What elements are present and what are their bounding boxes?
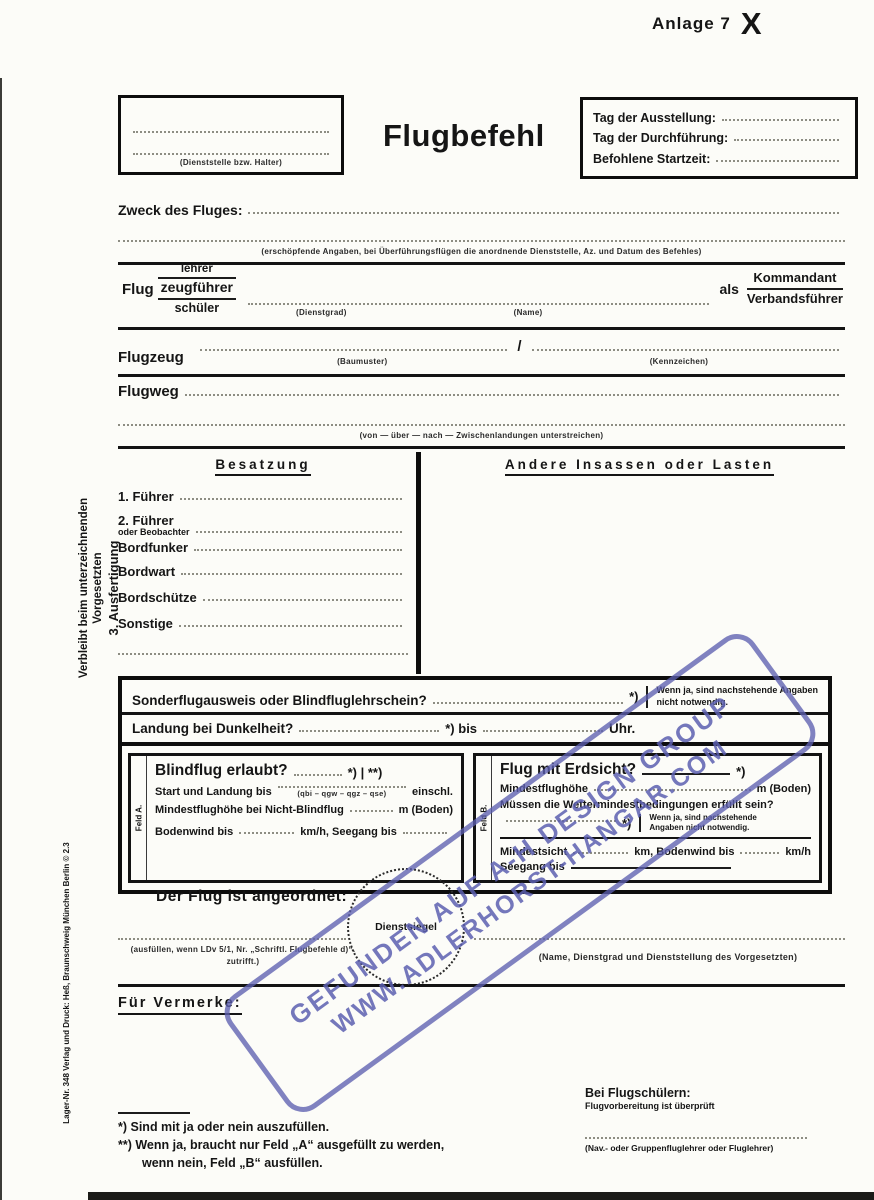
mindestsicht-field	[573, 852, 628, 854]
feld-b-side-label-strip: Feld B.	[476, 756, 492, 880]
issuer-line-2	[133, 153, 329, 155]
note-divider	[639, 814, 641, 832]
scan-edge-left	[0, 78, 2, 1200]
pilot-prefix: Flug	[122, 281, 154, 298]
form-title: Flugbefehl	[383, 118, 545, 154]
date-row-issue: Tag der Ausstellung:	[593, 111, 845, 125]
feld-b-label: Feld B.	[479, 805, 488, 832]
aircraft-registration-field	[532, 349, 840, 351]
seegang-b-label: Seegang bis	[500, 861, 565, 873]
crew-label: Bordschütze	[118, 590, 197, 605]
route-section: Flugweg (von — über — nach — Zwischenlan…	[118, 383, 845, 449]
night-landing-field	[299, 730, 439, 732]
crew-row-fuehrer2: 2. Führer oder Beobachter	[118, 513, 408, 537]
crew-field	[203, 599, 402, 601]
copy-mark-x: X	[741, 8, 762, 39]
mindestflughoehe-b-field	[594, 789, 751, 791]
footnote-rule	[118, 1112, 190, 1114]
pilot-section: Flug lehrer zeugführer schüler (Dienstgr…	[118, 262, 845, 330]
wetter-question-text: Müssen die Wettermindestbedingungen erfü…	[500, 799, 774, 811]
night-landing-label: Landung bei Dunkelheit?	[132, 721, 293, 736]
wetter-star: *)	[622, 816, 631, 831]
caption-line2: zutrifft.)	[118, 956, 368, 968]
crew-label: Sonstige	[118, 616, 173, 631]
crew-sublabel: oder Beobachter	[118, 527, 190, 537]
order-caption-left: (ausfüllen, wenn LDv 5/1, Nr. „Schriftl.…	[118, 944, 368, 968]
crew-section: Besatzung 1. Führer 2. Führer oder Beoba…	[118, 450, 845, 674]
pilot-role-options: lehrer zeugführer schüler	[158, 262, 236, 317]
option-zeugfuehrer: zeugführer	[158, 279, 236, 300]
star-bis-label: *) bis	[445, 721, 477, 736]
aircraft-registration-caption: (Kennzeichen)	[650, 357, 709, 366]
option-schueler: schüler	[158, 300, 236, 317]
route-field-line2	[118, 424, 845, 426]
order-label: Der Flug ist angeordnet:	[156, 888, 347, 906]
feld-a-box: Feld A. Blindflug erlaubt? *) | **) Star…	[128, 753, 464, 883]
aircraft-slash: /	[517, 338, 521, 355]
route-label: Flugweg	[118, 383, 179, 400]
issuer-box: (Dienststelle bzw. Halter)	[118, 95, 344, 175]
issuer-caption: (Dienststelle bzw. Halter)	[133, 158, 329, 167]
footnote-star: *)	[629, 689, 638, 704]
crew-field	[180, 498, 402, 500]
aircraft-type-field	[200, 349, 508, 351]
seegang-label: km/h, Seegang bis	[300, 826, 397, 838]
mindestflughoehe-label: Mindestflughöhe bei Nicht-Blindflug	[155, 804, 344, 816]
crew-field	[179, 625, 402, 627]
section-rule	[118, 984, 845, 987]
crew-row-fuehrer1: 1. Führer	[118, 489, 408, 504]
crew-label: 2. Führer	[118, 513, 174, 528]
pilot-name-field	[248, 303, 709, 305]
aircraft-label: Flugzeug	[118, 349, 184, 366]
annex-label: Anlage 7 X	[652, 8, 762, 39]
crew-label: Bordwart	[118, 564, 175, 579]
footnote-2a: **) Wenn ja, braucht nur Feld „A“ ausgef…	[118, 1136, 518, 1154]
seegang-field	[403, 832, 447, 834]
copy-number-note: 3. Ausfertigung	[106, 463, 122, 713]
command-role-options: Kommandant Verbandsführer	[747, 270, 843, 308]
special-permit-note: Wenn ja, sind nachstehende Angaben nicht…	[656, 685, 818, 708]
crew-field	[181, 573, 402, 575]
section-rule	[118, 446, 845, 449]
special-permit-field	[433, 702, 623, 704]
signature-line-left	[118, 938, 346, 940]
footnotes: *) Sind mit ja oder nein auszufüllen. **…	[118, 1112, 518, 1172]
date-execution-label: Tag der Durchführung:	[593, 131, 728, 145]
aircraft-section: Flugzeug / (Baumuster) (Kennzeichen)	[118, 338, 845, 377]
date-issue-label: Tag der Ausstellung:	[593, 111, 716, 125]
crew-row-bordwart: Bordwart	[118, 564, 408, 579]
date-row-execution: Tag der Durchführung:	[593, 131, 845, 145]
blindflug-stars: *) | **)	[348, 765, 383, 780]
date-execution-field	[734, 139, 839, 141]
crew-header: Besatzung	[215, 457, 310, 476]
student-check-line: Flugvorbereitung ist überprüft	[585, 1101, 807, 1111]
special-permit-row: Sonderflugausweis oder Blindfluglehrsche…	[122, 680, 828, 715]
note-line2: nicht notwendig.	[656, 697, 818, 709]
note-line1: Wenn ja, sind nachstehende Angaben	[656, 685, 818, 697]
night-landing-row: Landung bei Dunkelheit? *) bis Uhr.	[122, 715, 828, 746]
crew-extra-field	[118, 653, 408, 655]
note-line2: Angaben nicht notwendig.	[649, 823, 756, 833]
feld-a-side-label-strip: Feld A.	[131, 756, 147, 880]
date-row-start: Befohlene Startzeit:	[593, 152, 845, 166]
feld-a-label: Feld A.	[134, 805, 143, 831]
blindflug-question: Blindflug erlaubt?	[155, 762, 288, 780]
aircraft-type-caption: (Baumuster)	[337, 357, 387, 366]
option-lehrer: lehrer	[158, 262, 236, 279]
wetter-field	[506, 820, 616, 822]
remarks-header: Für Vermerke:	[118, 995, 242, 1015]
date-issue-field	[722, 119, 839, 121]
uhr-label: Uhr.	[609, 721, 635, 736]
boden-unit-label: m (Boden)	[399, 804, 453, 816]
footnote-2b: wenn nein, Feld „B“ ausfüllen.	[118, 1154, 518, 1172]
column-divider	[416, 452, 421, 674]
student-title: Bei Flugschülern:	[585, 1086, 807, 1100]
feld-b-box: Feld B. Flug mit Erdsicht? *) Mindestflu…	[473, 753, 822, 883]
purpose-caption: (erschöpfende Angaben, bei Überführungsf…	[118, 247, 845, 256]
seegang-b-field	[571, 867, 731, 869]
footnote-1: *) Sind mit ja oder nein auszufüllen.	[118, 1118, 518, 1136]
option-kommandant: Kommandant	[747, 270, 843, 290]
route-caption: (von — über — nach — Zwischenlandungen u…	[118, 431, 845, 440]
night-landing-time-field	[483, 730, 603, 732]
mindestflughoehe-b-label: Mindestflughöhe	[500, 783, 588, 795]
crew-label: 1. Führer	[118, 489, 174, 504]
margin-copy-note: Verbleibt beim unterzeichnenden Vorgeset…	[78, 463, 112, 713]
wetter-question: Müssen die Wettermindestbedingungen erfü…	[500, 799, 811, 811]
student-signature-field	[585, 1137, 807, 1139]
start-time-label: Befohlene Startzeit:	[593, 152, 710, 166]
boden-unit-b-label: m (Boden)	[757, 783, 811, 795]
erdsicht-star: *)	[736, 764, 745, 779]
name-caption: (Name)	[347, 308, 710, 317]
mindestsicht-label: Mindestsicht	[500, 846, 567, 858]
crew-row-bordschuetze: Bordschütze	[118, 590, 408, 605]
purpose-field-line1	[248, 212, 839, 214]
student-block: Bei Flugschülern: Flugvorbereitung ist ü…	[585, 1086, 807, 1153]
qcode-caption: (qbi – qgw – qgz – qse)	[278, 789, 406, 798]
section-rule	[118, 327, 845, 330]
als-label: als	[719, 281, 738, 297]
scan-edge-bottom	[88, 1192, 874, 1200]
crew-field	[196, 531, 402, 533]
crew-field	[194, 549, 402, 551]
order-caption-right: (Name, Dienstgrad und Dienststellung des…	[498, 952, 838, 962]
special-permit-label: Sonderflugausweis oder Blindfluglehrsche…	[132, 693, 427, 708]
einschl-label: einschl.	[412, 786, 453, 798]
issuer-line-1	[133, 131, 329, 133]
blindflug-field	[294, 774, 342, 776]
printer-imprint: Lager-Nr. 348 Verlag und Druck: Heß, Bra…	[62, 798, 74, 1168]
section-rule	[118, 374, 845, 377]
purpose-section: Zweck des Fluges: (erschöpfende Angaben,…	[118, 202, 845, 265]
student-caption: (Nav.- oder Gruppenfluglehrer oder Flugl…	[585, 1143, 807, 1153]
crew-label: Bordfunker	[118, 540, 188, 555]
order-section: Der Flug ist angeordnet: Dienstsiegel (a…	[118, 878, 845, 990]
start-time-field	[716, 160, 839, 162]
bodenwind-b-label: km, Bodenwind bis	[634, 846, 734, 858]
erdsicht-question: Flug mit Erdsicht?	[500, 761, 636, 779]
start-landung-label: Start und Landung bis	[155, 786, 272, 798]
purpose-field-line2	[118, 240, 845, 242]
keep-note: Verbleibt beim unterzeichnenden Vorgeset…	[78, 463, 106, 713]
mindestflughoehe-field	[350, 810, 393, 812]
option-verbandsfuehrer: Verbandsführer	[747, 290, 843, 308]
date-box: Tag der Ausstellung: Tag der Durchführun…	[580, 97, 858, 179]
annex-text: Anlage 7	[652, 14, 731, 34]
crew-row-bordfunker: Bordfunker	[118, 540, 408, 555]
erdsicht-field	[642, 773, 730, 775]
bodenwind-b-field	[740, 852, 779, 854]
official-seal-circle: Dienstsiegel	[347, 868, 465, 986]
kmh-unit-label: km/h	[785, 846, 811, 858]
start-landung-field	[278, 786, 406, 788]
signature-line-right	[474, 938, 845, 940]
note-divider	[646, 686, 648, 708]
rank-caption: (Dienstgrad)	[296, 308, 347, 317]
wetter-note: Wenn ja, sind nachstehende Angaben nicht…	[649, 813, 756, 833]
route-field-line1	[185, 394, 839, 396]
flugbefehl-form-scan: Anlage 7 X (Dienststelle bzw. Halter) Fl…	[0, 0, 874, 1200]
passengers-header: Andere Insassen oder Lasten	[505, 457, 774, 476]
seal-caption: Dienstsiegel	[375, 921, 437, 933]
crew-row-sonstige: Sonstige	[118, 616, 408, 631]
bodenwind-label: Bodenwind bis	[155, 826, 233, 838]
purpose-label: Zweck des Fluges:	[118, 202, 242, 218]
permit-box: Sonderflugausweis oder Blindfluglehrsche…	[118, 676, 832, 894]
bodenwind-field	[239, 832, 294, 834]
note-line1: Wenn ja, sind nachstehende	[649, 813, 756, 823]
caption-line1: (ausfüllen, wenn LDv 5/1, Nr. „Schriftl.…	[118, 944, 368, 956]
